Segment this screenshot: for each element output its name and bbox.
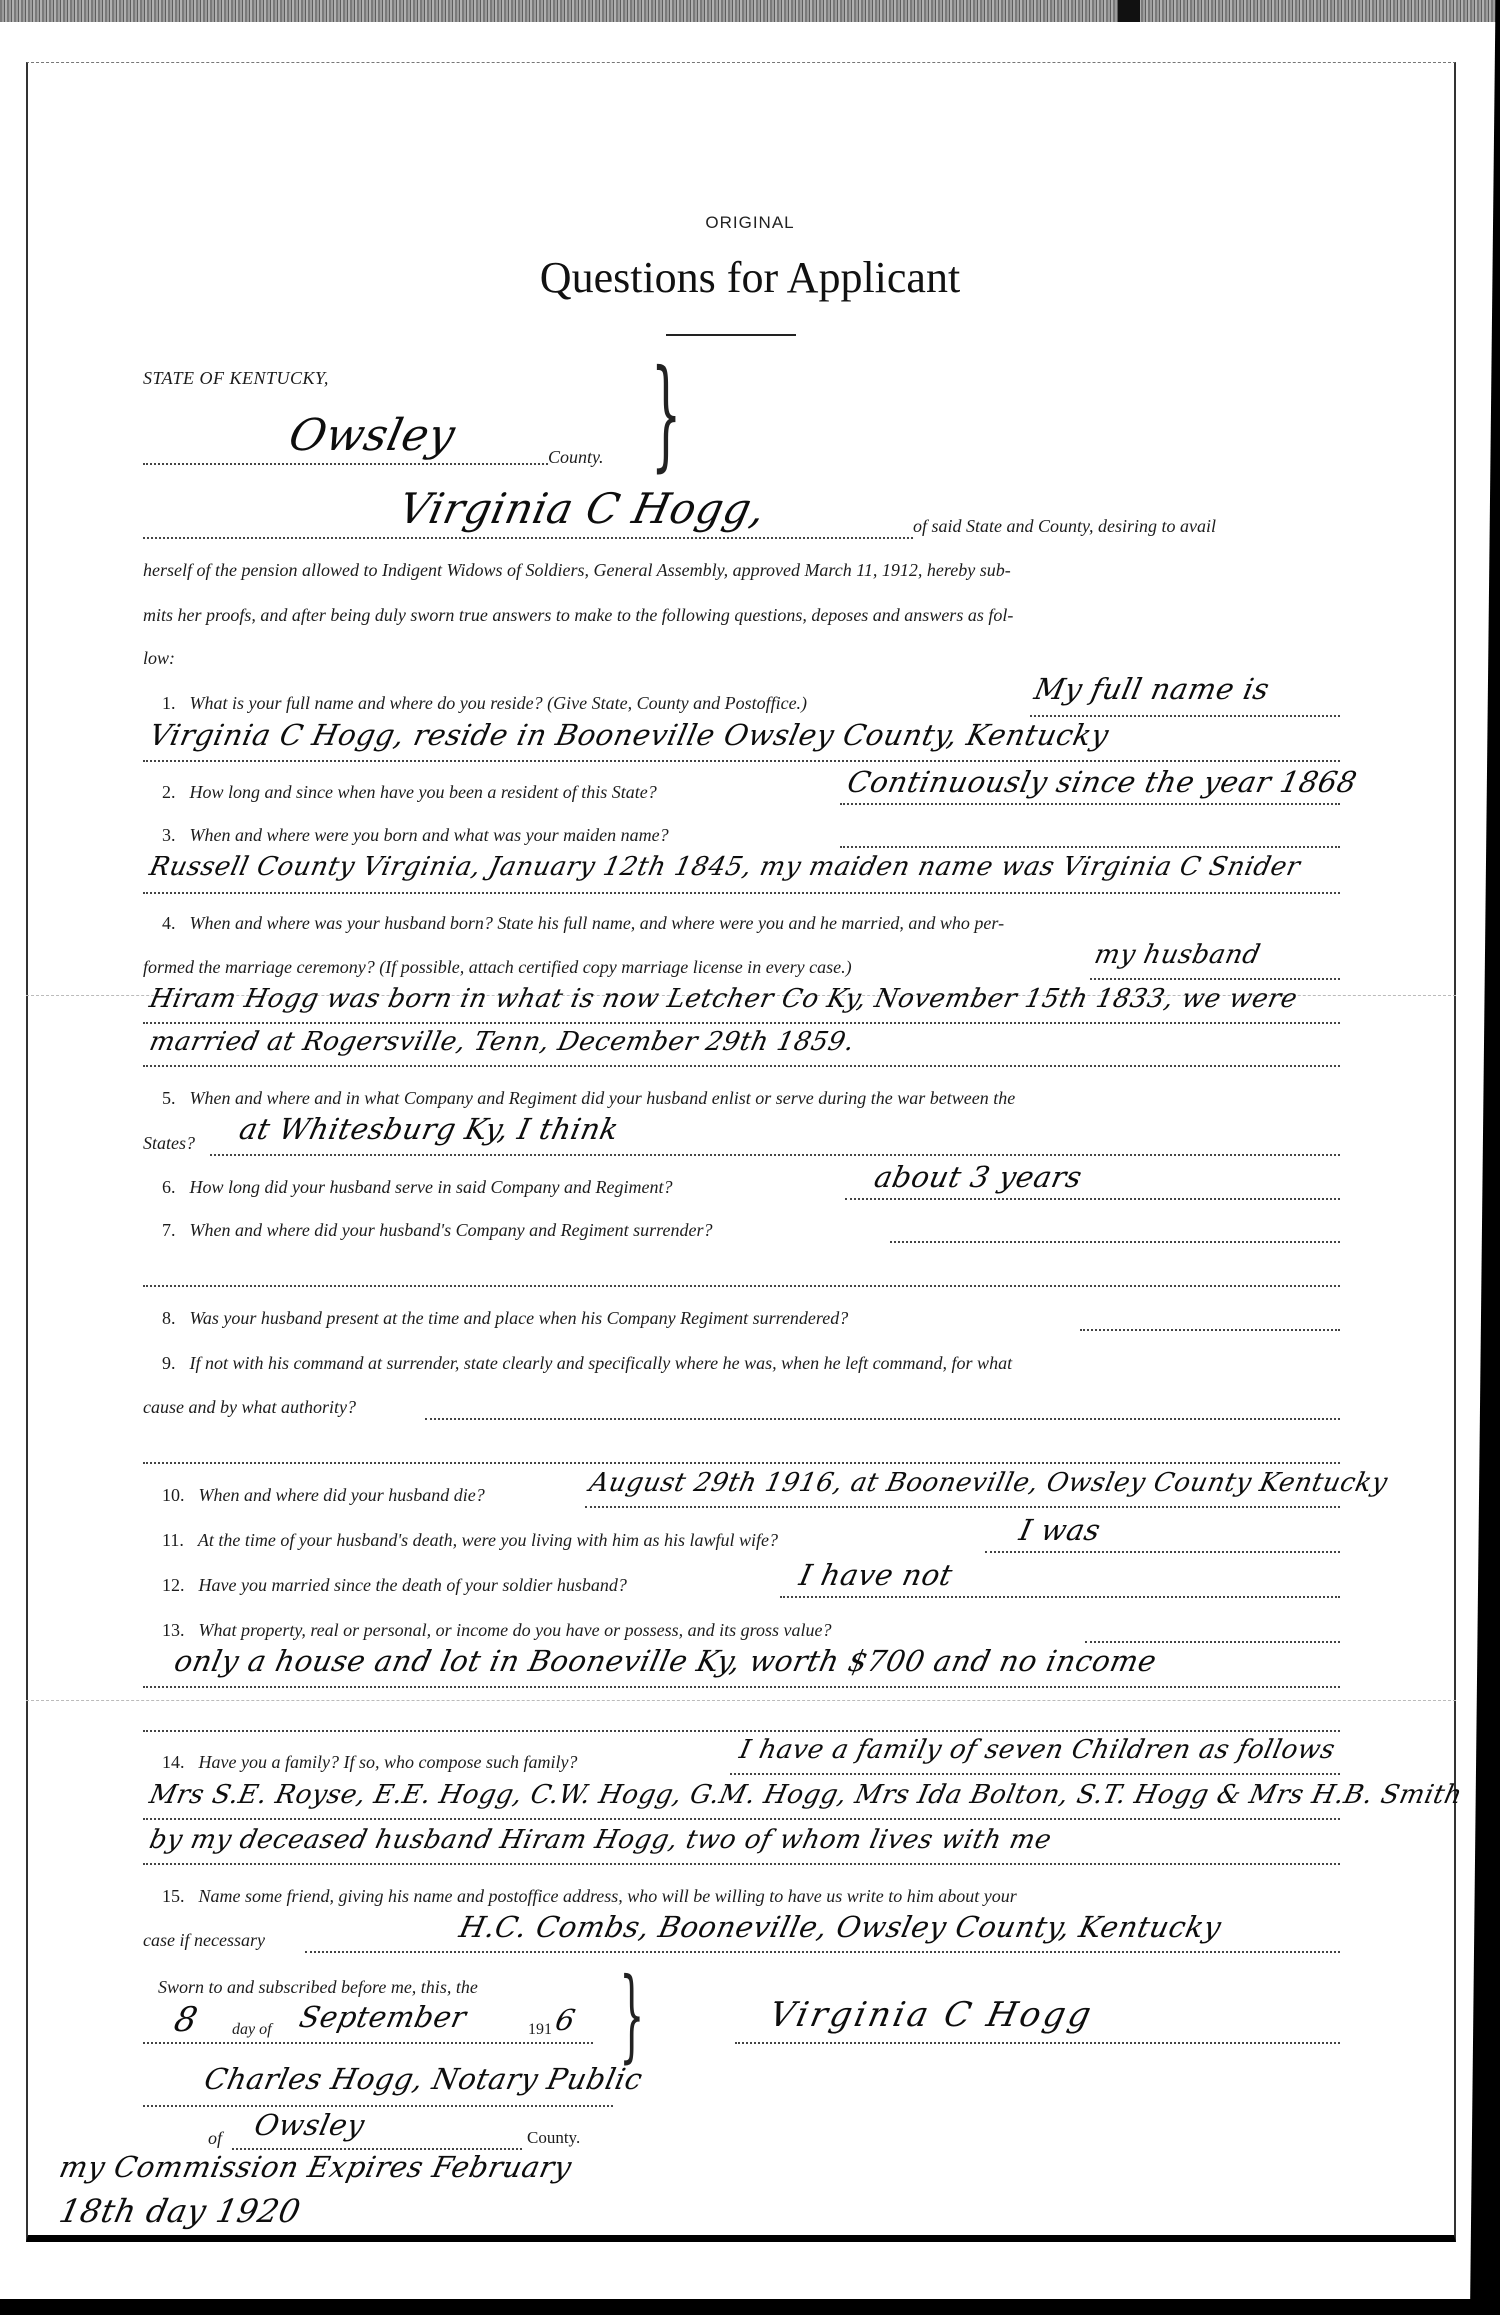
question-number: 10.	[162, 1485, 185, 1505]
venue-brace: }	[651, 355, 682, 475]
question-text: formed the marriage ceremony? (If possib…	[143, 957, 852, 978]
notary-signature[interactable]: Charles Hogg, Notary Public	[201, 2062, 645, 2096]
question-number: 4.	[162, 913, 176, 933]
answer-6[interactable]: about 3 years	[871, 1160, 1085, 1194]
question-text: Was your husband present at the time and…	[190, 1308, 849, 1328]
jurat-year-prefix: 191	[528, 2021, 552, 2039]
title-divider	[666, 334, 796, 336]
answer-line	[143, 1730, 1340, 1732]
question-number: 12.	[162, 1575, 185, 1595]
applicant-name-line	[143, 537, 913, 539]
answer-line	[305, 1951, 1340, 1953]
question-14: 14.Have you a family? If so, who compose…	[162, 1752, 577, 1773]
question-11: 11.At the time of your husband's death, …	[162, 1530, 778, 1551]
question-number: 8.	[162, 1308, 176, 1328]
question-text: Name some friend, giving his name and po…	[199, 1886, 1017, 1906]
question-12: 12.Have you married since the death of y…	[162, 1575, 627, 1596]
paper-fold	[26, 1700, 1456, 1702]
preamble-text: low:	[143, 648, 175, 669]
answer-8-field[interactable]	[1080, 1329, 1340, 1331]
applicant-name-field[interactable]: Virginia C Hogg,	[395, 484, 770, 533]
answer-line	[840, 803, 1340, 805]
question-6: 6.How long did your husband serve in sai…	[162, 1177, 672, 1198]
question-4: 4.When and where was your husband born? …	[162, 913, 1004, 934]
answer-12[interactable]: I have not	[796, 1558, 955, 1592]
question-text: When and where was your husband born? St…	[190, 913, 1005, 933]
commission-note-1: my Commission Expires February	[56, 2150, 574, 2184]
answer-9-field[interactable]	[425, 1418, 1340, 1420]
question-text: Have you a family? If so, who compose su…	[199, 1752, 578, 1772]
question-text: Have you married since the death of your…	[199, 1575, 627, 1595]
question-number: 1.	[162, 693, 176, 713]
question-number: 6.	[162, 1177, 176, 1197]
question-10: 10.When and where did your husband die?	[162, 1485, 485, 1506]
question-text: When and where did your husband's Compan…	[190, 1220, 713, 1240]
question-number: 11.	[162, 1530, 184, 1550]
page-title: Questions for Applicant	[0, 252, 1500, 303]
answer-line	[1090, 978, 1340, 980]
answer-14a[interactable]: I have a family of seven Children as fol…	[737, 1735, 1338, 1765]
answer-line	[210, 1154, 1340, 1156]
answer-line	[143, 1818, 1340, 1820]
state-label: STATE OF KENTUCKY,	[143, 368, 329, 389]
question-text: States?	[143, 1133, 195, 1154]
answer-10[interactable]: August 29th 1916, at Booneville, Owsley …	[587, 1468, 1390, 1498]
question-text: When and where and in what Company and R…	[190, 1088, 1016, 1108]
jurat-brace: }	[619, 1965, 644, 2065]
answer-4b[interactable]: Hiram Hogg was born in what is now Letch…	[147, 984, 1300, 1014]
answer-line	[845, 1198, 1340, 1200]
answer-line	[985, 1551, 1340, 1553]
question-8: 8.Was your husband present at the time a…	[162, 1308, 848, 1329]
question-13: 13.What property, real or personal, or i…	[162, 1620, 831, 1641]
jurat-sworn-label: Sworn to and subscribed before me, this,…	[158, 1977, 478, 1998]
county-label: County.	[548, 447, 604, 468]
answer-line	[1085, 1641, 1340, 1643]
question-text: What is your full name and where do you …	[190, 693, 808, 713]
question-text: At the time of your husband's death, wer…	[198, 1530, 778, 1550]
answer-1b[interactable]: Virginia C Hogg, reside in Booneville Ow…	[146, 718, 1112, 752]
preamble-text: of said State and County, desiring to av…	[913, 516, 1216, 537]
answer-line	[585, 1506, 1340, 1508]
jurat-date-line	[143, 2042, 593, 2044]
answer-5[interactable]: at Whitesburg Ky, I think	[236, 1112, 622, 1146]
notary-signature-line	[143, 2105, 613, 2107]
scan-edge-mark	[1118, 0, 1140, 22]
answer-11[interactable]: I was	[1016, 1513, 1103, 1547]
question-text: How long and since when have you been a …	[190, 782, 657, 802]
question-text: When and where did your husband die?	[199, 1485, 485, 1505]
question-number: 3.	[162, 825, 176, 845]
answer-7-field[interactable]	[890, 1241, 1340, 1243]
question-number: 7.	[162, 1220, 176, 1240]
county-field[interactable]: Owsley	[285, 410, 460, 461]
question-number: 5.	[162, 1088, 176, 1108]
answer-line	[143, 1462, 1340, 1464]
answer-line	[780, 1596, 1340, 1598]
question-5: 5.When and where and in what Company and…	[162, 1088, 1015, 1109]
question-9: 9.If not with his command at surrender, …	[162, 1353, 1012, 1374]
commission-note-2: 18th day 1920	[56, 2192, 304, 2230]
question-number: 9.	[162, 1353, 176, 1373]
answer-line	[143, 1686, 1340, 1688]
county-field-line	[143, 463, 548, 465]
notary-county-field[interactable]: Owsley	[251, 2108, 368, 2142]
question-text: cause and by what authority?	[143, 1397, 356, 1418]
answer-4a[interactable]: my husband	[1092, 940, 1263, 970]
question-3: 3.When and where were you born and what …	[162, 825, 669, 846]
answer-13[interactable]: only a house and lot in Booneville Ky, w…	[171, 1644, 1159, 1678]
question-number: 2.	[162, 782, 176, 802]
jurat-month-field[interactable]: September	[296, 2000, 469, 2034]
answer-line	[143, 892, 1340, 894]
answer-15[interactable]: H.C. Combs, Booneville, Owsley County, K…	[456, 1910, 1224, 1944]
applicant-signature-line	[735, 2042, 1340, 2044]
question-2: 2.How long and since when have you been …	[162, 782, 657, 803]
answer-line	[840, 846, 1340, 848]
answer-2[interactable]: Continuously since the year 1868	[844, 765, 1360, 799]
scan-edge-bottom	[0, 2299, 1500, 2315]
answer-line	[143, 1022, 1340, 1024]
answer-line	[143, 760, 1340, 762]
jurat-day-of-label: day of	[232, 2021, 272, 2039]
answer-line	[1030, 715, 1340, 717]
question-number: 15.	[162, 1886, 185, 1906]
preamble-text: mits her proofs, and after being duly sw…	[143, 605, 1013, 626]
answer-line	[730, 1773, 1340, 1775]
question-text: If not with his command at surrender, st…	[190, 1353, 1013, 1373]
question-15: 15.Name some friend, giving his name and…	[162, 1886, 1017, 1907]
question-number: 14.	[162, 1752, 185, 1772]
notary-county-label: County.	[527, 2128, 580, 2148]
question-number: 13.	[162, 1620, 185, 1640]
original-stamp: ORIGINAL	[0, 213, 1500, 233]
answer-14b[interactable]: Mrs S.E. Royse, E.E. Hogg, C.W. Hogg, G.…	[147, 1780, 1465, 1810]
question-7: 7.When and where did your husband's Comp…	[162, 1220, 712, 1241]
question-text: What property, real or personal, or inco…	[199, 1620, 832, 1640]
preamble-text: herself of the pension allowed to Indige…	[143, 560, 1011, 581]
question-text: When and where were you born and what wa…	[190, 825, 669, 845]
answer-1a[interactable]: My full name is	[1031, 672, 1272, 706]
notary-of-label: of	[208, 2128, 222, 2149]
answer-14c[interactable]: by my deceased husband Hiram Hogg, two o…	[147, 1825, 1054, 1855]
question-text: case if necessary	[143, 1930, 265, 1951]
scan-edge-top	[0, 0, 1500, 22]
answer-line	[143, 1285, 1340, 1287]
question-text: How long did your husband serve in said …	[190, 1177, 673, 1197]
answer-line	[143, 1065, 1340, 1067]
answer-3[interactable]: Russell County Virginia, January 12th 18…	[147, 852, 1303, 882]
question-1: 1.What is your full name and where do yo…	[162, 693, 807, 714]
answer-4c[interactable]: married at Rogersville, Tenn, December 2…	[147, 1027, 858, 1057]
scan-edge-right	[1470, 0, 1500, 2315]
applicant-signature[interactable]: Virginia C Hogg	[766, 1995, 1098, 2035]
answer-line	[143, 1863, 1340, 1865]
